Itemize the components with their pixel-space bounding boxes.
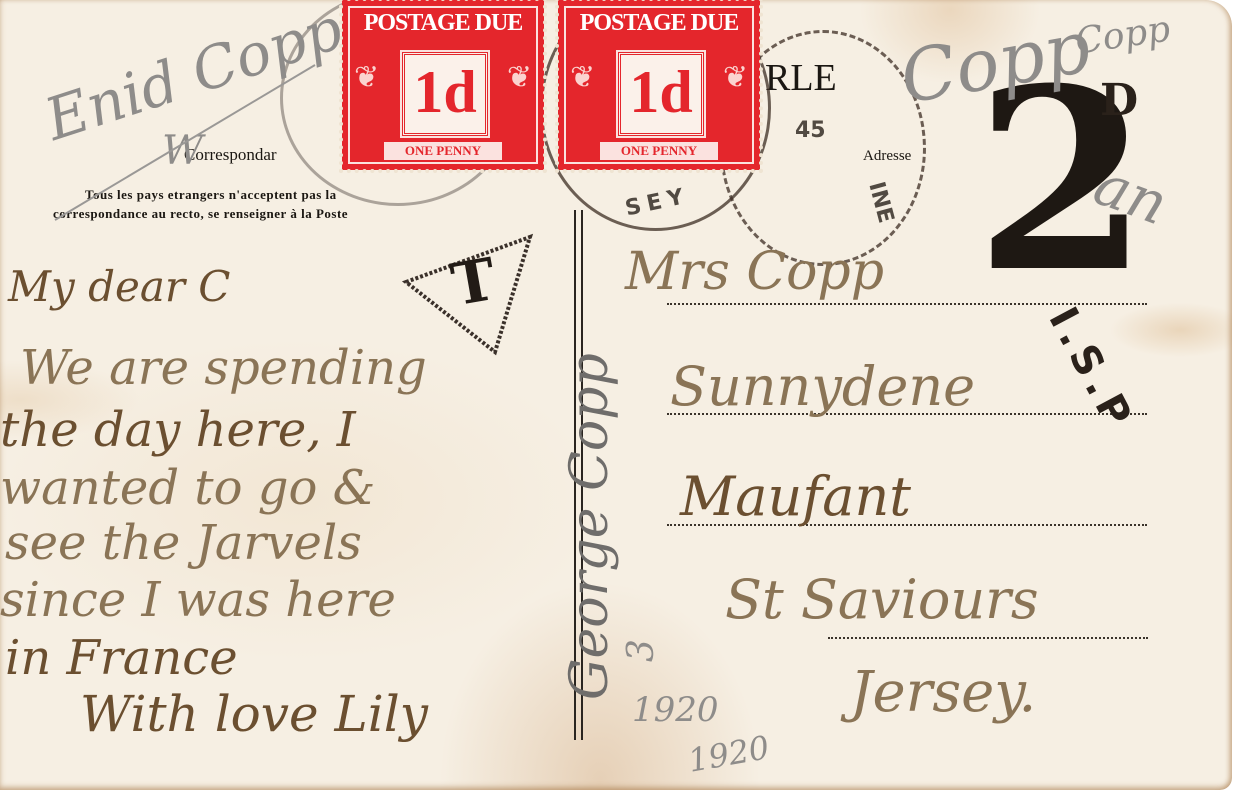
address-island: Jersey. xyxy=(850,660,1036,725)
postcard: RLE Correspondar Tous les pays etrangers… xyxy=(0,0,1232,790)
address-house: Sunnydene xyxy=(670,355,975,418)
stamp-denomination: ONE PENNY xyxy=(384,142,502,160)
pencil-note-year-2: 1920 xyxy=(685,728,772,780)
stamp-value: 1d xyxy=(621,57,701,127)
postage-due-stamp-2: POSTAGE DUE ❦ ❦ 1d ONE PENNY xyxy=(558,0,760,170)
postmark-french-number: 45 xyxy=(795,118,826,143)
stamp-value: 1d xyxy=(405,57,485,127)
message-signoff: With love Lily xyxy=(80,685,428,743)
message-line-2: We are spending xyxy=(20,340,427,396)
message-line-7: in France xyxy=(5,630,238,686)
message-line-5: see the Jarvels xyxy=(5,515,362,571)
pencil-note-george-copp: George Copp xyxy=(560,353,620,700)
address-parish: St Saviours xyxy=(725,568,1039,631)
pencil-note-year-1: 1920 xyxy=(632,690,719,730)
pencil-note-copp-small: Copp xyxy=(1073,9,1173,63)
message-line-3: the day here, I xyxy=(0,402,356,458)
stamp-title: POSTAGE DUE xyxy=(558,10,760,37)
message-line-4: wanted to go & xyxy=(0,460,375,516)
message-line-6: since I was here xyxy=(0,572,396,628)
stamp-denomination: ONE PENNY xyxy=(600,142,718,160)
postage-due-stamp-1: POSTAGE DUE ❦ ❦ 1d ONE PENNY xyxy=(342,0,544,170)
stamp-title: POSTAGE DUE xyxy=(342,10,544,37)
tax-charge-unit: D xyxy=(1100,75,1138,126)
address-district: Maufant xyxy=(680,465,911,528)
pencil-note-number: 3 xyxy=(621,639,662,662)
message-line-1: My dear C xyxy=(8,262,230,311)
address-line-4 xyxy=(828,637,1148,639)
address-name: Mrs Copp xyxy=(625,242,884,302)
pencil-arrow-line xyxy=(50,60,320,230)
